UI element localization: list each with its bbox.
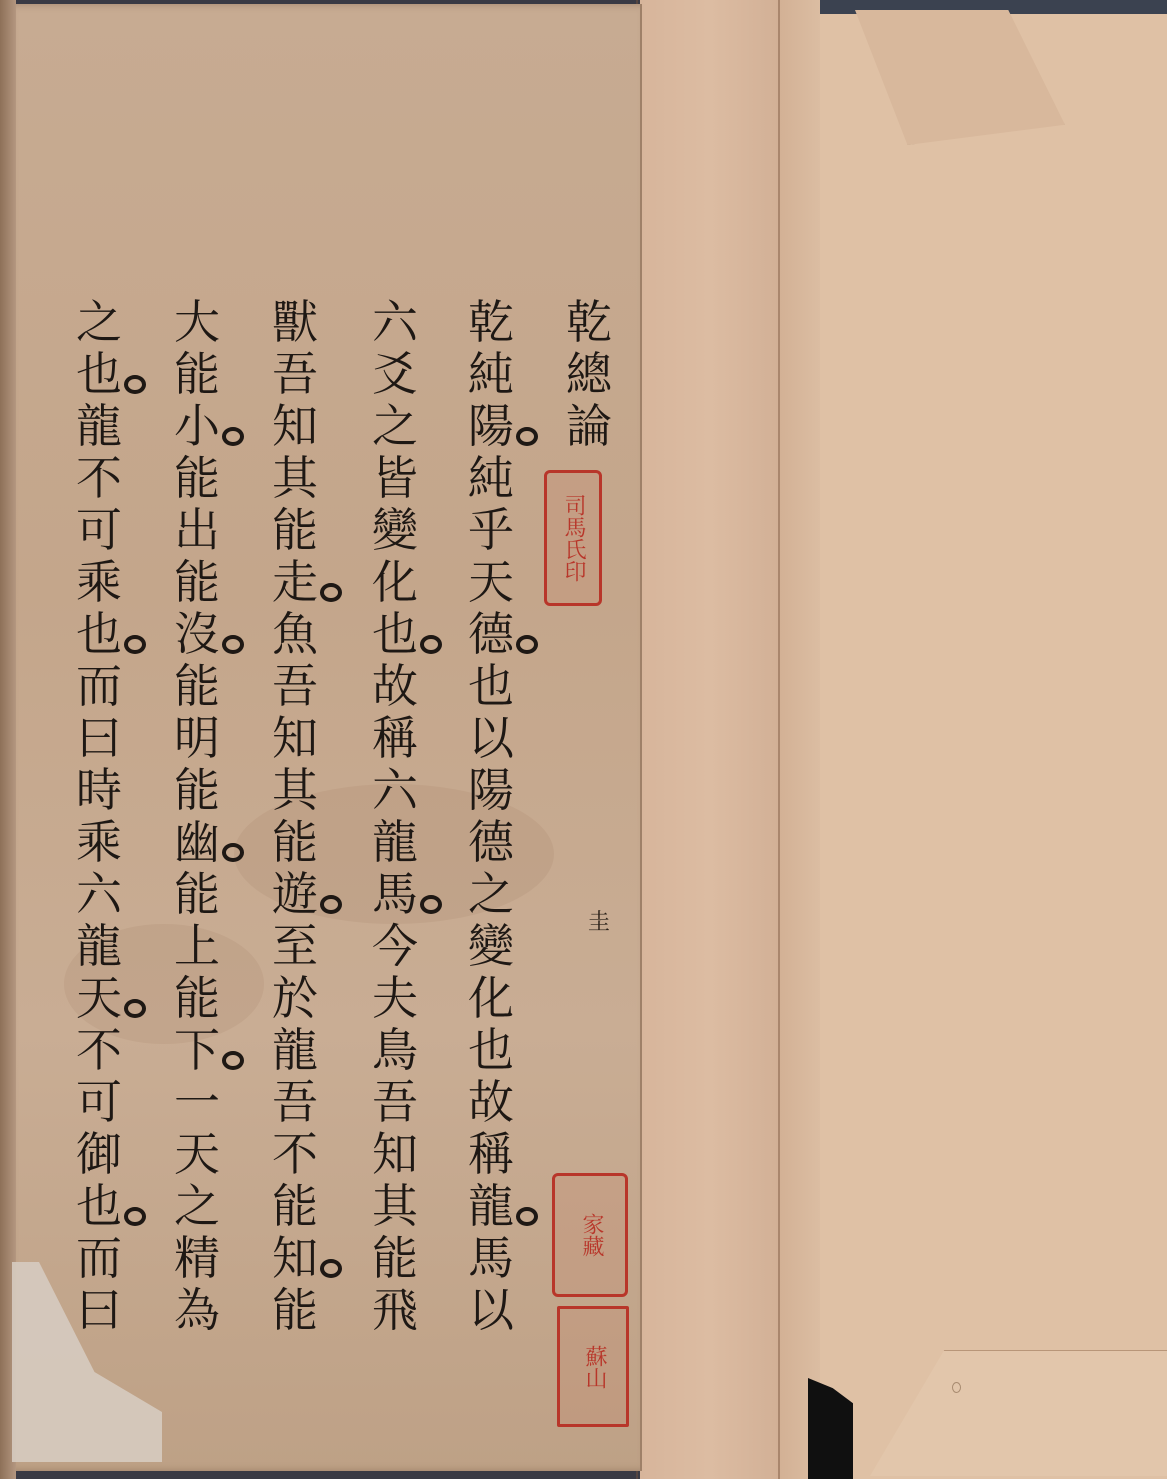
character: 出 [174, 504, 220, 556]
character: 明 [174, 712, 220, 764]
character: 吾 [272, 1076, 318, 1128]
text-column: 獸吾知其能走魚吾知其能遊至於龍吾不能知能 [262, 296, 328, 1336]
margin-mark: 圭 [588, 905, 610, 936]
character: 能 [174, 452, 220, 504]
character: 能 [174, 868, 220, 920]
character: 魚 [272, 608, 318, 660]
right-page [780, 0, 1167, 1479]
character: 爻 [372, 348, 418, 400]
character: 乘 [76, 816, 122, 868]
character: 知 [272, 712, 318, 764]
character: 能 [272, 504, 318, 556]
character: 龍 [468, 1180, 514, 1232]
character: 夫 [372, 972, 418, 1024]
character: 純 [468, 452, 514, 504]
character: 陽 [468, 400, 514, 452]
character: 總 [566, 348, 612, 400]
character: 乾 [468, 296, 514, 348]
text-column: 之也龍不可乘也而曰時乘六龍天不可御也而曰 [66, 296, 132, 1336]
small-circle-mark [952, 1382, 961, 1393]
character: 御 [76, 1128, 122, 1180]
character: 其 [372, 1180, 418, 1232]
right-page-fold [780, 0, 820, 1479]
character: 大 [174, 296, 220, 348]
character: 能 [272, 816, 318, 868]
character: 之 [468, 868, 514, 920]
text-column: 六爻之皆變化也故稱六龍馬今夫鳥吾知其能飛 [362, 296, 428, 1336]
character: 而 [76, 1232, 122, 1284]
character: 六 [76, 868, 122, 920]
character: 飛 [372, 1284, 418, 1336]
book-edge [0, 0, 16, 1479]
character: 論 [566, 400, 612, 452]
text-column: 乾純陽純乎天德也以陽德之變化也故稱龍馬以 [458, 296, 524, 1336]
character: 稱 [372, 712, 418, 764]
seal-text: 家藏 [577, 1213, 603, 1257]
character: 幽 [174, 816, 220, 868]
character: 龍 [272, 1024, 318, 1076]
character: 沒 [174, 608, 220, 660]
character: 能 [174, 348, 220, 400]
character: 乎 [468, 504, 514, 556]
character: 乘 [76, 556, 122, 608]
character: 知 [372, 1128, 418, 1180]
character: 鳥 [372, 1024, 418, 1076]
seal-text: 司馬氏印 [561, 494, 585, 582]
character: 馬 [468, 1232, 514, 1284]
character: 其 [272, 452, 318, 504]
character: 而 [76, 660, 122, 712]
character: 之 [174, 1180, 220, 1232]
character: 能 [174, 972, 220, 1024]
character: 龍 [76, 920, 122, 972]
character: 乾 [566, 296, 612, 348]
character: 德 [468, 608, 514, 660]
character: 一 [174, 1076, 220, 1128]
character: 上 [174, 920, 220, 972]
character: 吾 [272, 348, 318, 400]
character: 吾 [272, 660, 318, 712]
character: 化 [372, 556, 418, 608]
character: 也 [76, 1180, 122, 1232]
character: 也 [468, 1024, 514, 1076]
character: 曰 [76, 712, 122, 764]
character: 故 [372, 660, 418, 712]
character: 天 [468, 556, 514, 608]
character: 為 [174, 1284, 220, 1336]
character: 六 [372, 296, 418, 348]
character: 可 [76, 504, 122, 556]
character: 之 [76, 296, 122, 348]
character: 不 [272, 1128, 318, 1180]
character: 遊 [272, 868, 318, 920]
character: 以 [468, 712, 514, 764]
character: 獸 [272, 296, 318, 348]
character: 今 [372, 920, 418, 972]
character: 以 [468, 1284, 514, 1336]
character: 知 [272, 1232, 318, 1284]
character: 化 [468, 972, 514, 1024]
character: 時 [76, 764, 122, 816]
character: 能 [372, 1232, 418, 1284]
character: 故 [468, 1076, 514, 1128]
character: 也 [76, 348, 122, 400]
character: 能 [174, 556, 220, 608]
character: 能 [174, 764, 220, 816]
gutter-spine [640, 0, 780, 1479]
character: 走 [272, 556, 318, 608]
character: 變 [468, 920, 514, 972]
character: 純 [468, 348, 514, 400]
character: 天 [76, 972, 122, 1024]
character: 吾 [372, 1076, 418, 1128]
character: 之 [372, 400, 418, 452]
character: 曰 [76, 1284, 122, 1336]
character: 下 [174, 1024, 220, 1076]
character: 龍 [76, 400, 122, 452]
gutter-line [778, 0, 780, 1479]
character: 精 [174, 1232, 220, 1284]
collector-seal-upper: 司馬氏印 [544, 470, 602, 606]
character: 知 [272, 400, 318, 452]
collector-seal-lower-2: 蘇山 [557, 1306, 629, 1427]
character: 陽 [468, 764, 514, 816]
character: 也 [372, 608, 418, 660]
character: 馬 [372, 868, 418, 920]
character: 不 [76, 452, 122, 504]
character: 能 [174, 660, 220, 712]
character: 能 [272, 1180, 318, 1232]
character: 能 [272, 1284, 318, 1336]
text-column: 大能小能出能沒能明能幽能上能下一天之精為 [164, 296, 230, 1336]
character: 皆 [372, 452, 418, 504]
character: 也 [76, 608, 122, 660]
text-column-title: 乾總論 [556, 296, 622, 452]
character: 不 [76, 1024, 122, 1076]
character: 其 [272, 764, 318, 816]
character: 於 [272, 972, 318, 1024]
character: 至 [272, 920, 318, 972]
character: 小 [174, 400, 220, 452]
character: 稱 [468, 1128, 514, 1180]
character: 可 [76, 1076, 122, 1128]
character: 天 [174, 1128, 220, 1180]
character: 六 [372, 764, 418, 816]
book-scan: 乾總論 乾純陽純乎天德也以陽德之變化也故稱龍馬以 六爻之皆變化也故稱六龍馬今夫鳥… [0, 0, 1167, 1479]
collector-seal-lower-1: 家藏 [552, 1173, 628, 1297]
character: 也 [468, 660, 514, 712]
seal-text: 蘇山 [580, 1345, 606, 1389]
character: 德 [468, 816, 514, 868]
character: 變 [372, 504, 418, 556]
character: 龍 [372, 816, 418, 868]
